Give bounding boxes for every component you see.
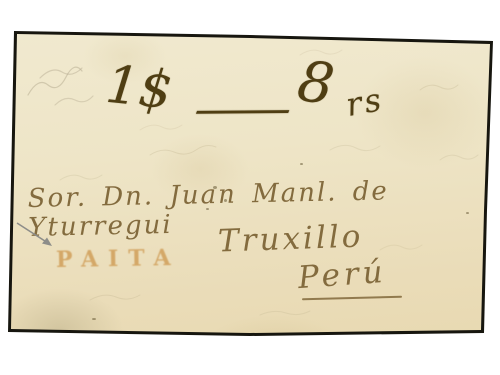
cover-paper: 1$ — 8 rs PAITA Sor. Dn. Juan Manl. de Y… — [0, 0, 500, 375]
rate-dash: — — [191, 87, 294, 132]
pointer-arrow-icon — [10, 215, 66, 257]
ink-speck — [92, 318, 96, 320]
rate-unit: rs — [344, 83, 387, 121]
pencil-docketing — [28, 67, 93, 105]
ink-speck — [300, 163, 303, 165]
ink-speck — [206, 208, 209, 210]
rate-value: 8 — [294, 54, 337, 114]
address-underline — [302, 296, 402, 301]
ink-speck — [224, 199, 227, 202]
ink-speck — [213, 186, 217, 189]
address-line-2: Truxillo — [217, 219, 363, 258]
address-line-3: Perú — [297, 255, 388, 295]
ink-speck — [466, 212, 469, 214]
postmark-paita: PAITA — [56, 245, 181, 273]
photo-background: 1$ — 8 rs PAITA Sor. Dn. Juan Manl. de Y… — [0, 0, 500, 375]
rate-amount: 1$ — [103, 59, 174, 118]
